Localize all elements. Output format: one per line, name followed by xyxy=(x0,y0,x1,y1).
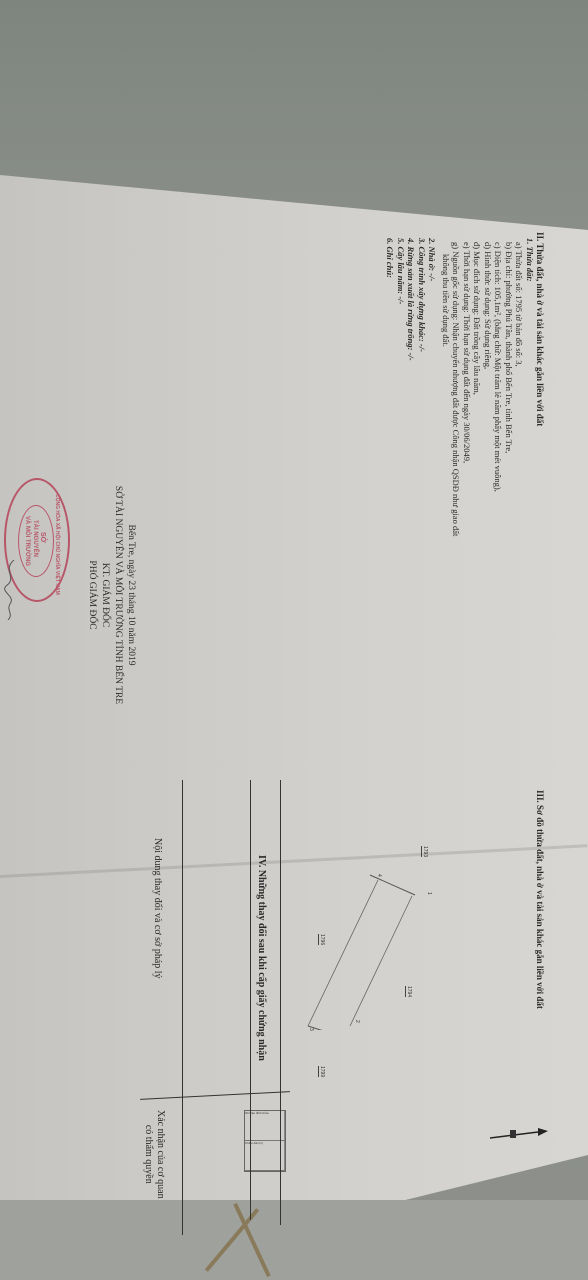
land-line: c) Diện tích: 105,1m², (bằng chữ: Một tr… xyxy=(493,232,504,536)
corner-point: 4 xyxy=(376,874,382,877)
item-notes: 6. Ghi chú: xyxy=(385,232,396,536)
section-iv: IV. Những thay đổi sau khi cấp giấy chứn… xyxy=(256,855,267,1061)
signoff-title: PHÓ GIÁM ĐỐC xyxy=(85,470,98,720)
neighbor-lot-1799: 1799 xyxy=(318,1066,325,1077)
land-heading: 1. Thửa đất: xyxy=(525,232,536,536)
changes-col2-line1: Xác nhận của cơ quan xyxy=(154,1110,166,1199)
section-ii: II. Thửa đất, nhà ở và tài sản khác gắn … xyxy=(385,232,545,536)
signoff-agency: SỞ TÀI NGUYÊN VÀ MÔI TRƯỜNG TỈNH BẾN TRE xyxy=(111,470,124,720)
changes-col1-header: Nội dung thay đổi và cơ sở pháp lý xyxy=(152,838,163,979)
north-arrow-icon xyxy=(490,1120,550,1150)
corner-point: 3 xyxy=(308,1028,314,1031)
table-border xyxy=(140,1091,290,1100)
section-iii-title: III. Sơ đồ thửa đất, nhà ở và tài sản kh… xyxy=(535,790,545,1009)
stamp-center-2: TÀI NGUYÊN xyxy=(32,520,38,557)
item-construction: 3. Công trình xây dựng khác: -/- xyxy=(417,232,428,536)
section-iv-col1: Nội dung thay đổi và cơ sở pháp lý xyxy=(152,838,163,979)
land-line: a) Thửa đất số: 1795 tờ bản đồ số: 3, xyxy=(514,232,525,536)
table-border xyxy=(182,780,183,1235)
table-border xyxy=(280,780,281,1225)
land-line: e) Thời hạn sử dụng: Thời hạn sử dụng đấ… xyxy=(462,232,473,536)
land-line: d) Hình thức sử dụng: Sử dụng riêng, xyxy=(483,232,494,536)
stamp-center-3: VÀ MÔI TRƯỜNG xyxy=(24,516,30,566)
corner-point: 1 xyxy=(426,892,432,895)
land-line: b) Địa chỉ: phường Phú Tân, thành phố Bế… xyxy=(504,232,515,536)
signoff-date: Bến Tre, ngày 23 tháng 10 năm 2019 xyxy=(124,470,137,720)
neighbor-lot-1793: 1793 xyxy=(421,846,428,857)
stamp-center-1: SỞ xyxy=(39,532,46,543)
neighbor-lot-1794: 1794 xyxy=(405,986,412,997)
lot-diagram xyxy=(290,830,470,1030)
corner-point: 2 xyxy=(354,1020,360,1023)
item-perennial: 5. Cây lâu năm: -/- xyxy=(396,232,407,536)
signoff-on-behalf: KT. GIÁM ĐỐC xyxy=(98,470,111,720)
neighbor-lot-1796: 1796 xyxy=(318,934,325,945)
table-border xyxy=(250,780,251,1220)
land-line: g) Nguồn gốc sử dụng: Nhận chuyển nhượng… xyxy=(451,232,462,536)
section-iv-col2: Xác nhận của cơ quan có thẩm quyền xyxy=(142,1110,166,1199)
section-iv-title: IV. Những thay đổi sau khi cấp giấy chứn… xyxy=(256,855,267,1061)
signature xyxy=(0,560,20,620)
section-ii-title: II. Thửa đất, nhà ở và tài sản khác gắn … xyxy=(535,232,545,536)
item-forest: 4. Rừng sản xuất là rừng trồng: -/- xyxy=(406,232,417,536)
land-line: đ) Mục đích sử dụng: Đất trồng cây lâu n… xyxy=(472,232,483,536)
item-house: 2. Nhà ở: -/- xyxy=(427,232,438,536)
land-line: không thu tiền sử dụng đất. xyxy=(441,232,452,536)
section-iii: III. Sơ đồ thửa đất, nhà ở và tài sản kh… xyxy=(535,790,545,1009)
changes-col2-line2: có thẩm quyền xyxy=(142,1110,154,1199)
signoff-block: Bến Tre, ngày 23 tháng 10 năm 2019 SỞ TÀ… xyxy=(85,470,137,720)
stamp-outer-text: CỘNG HÒA XÃ HỘI CHỦ NGHĨA VIỆT NAM xyxy=(54,494,60,595)
